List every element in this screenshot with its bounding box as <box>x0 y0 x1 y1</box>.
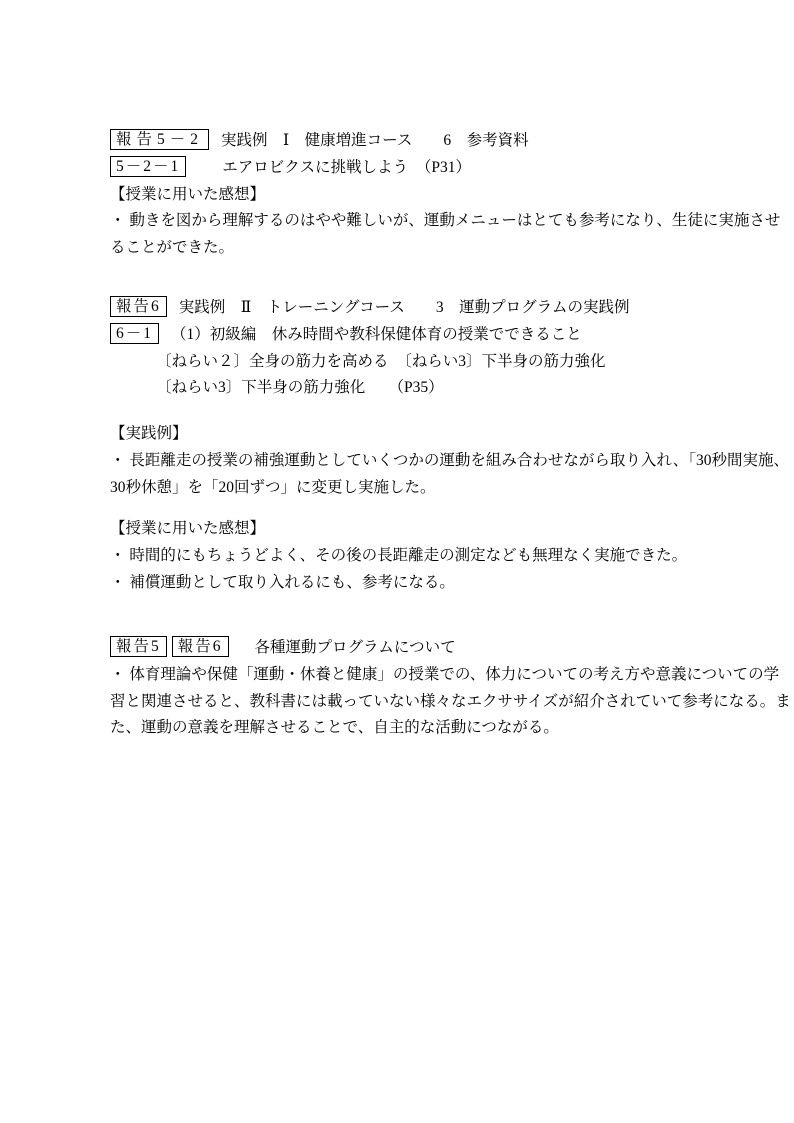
practice-text-line: 30秒休憩」を「20回ずつ」に変更し実施した。 <box>110 475 740 502</box>
report-6-label-box: 報告6 <box>110 296 167 317</box>
summary-text-line: た、運動の意義を理解させることで、自主的な活動につながる。 <box>110 715 740 742</box>
report-5-label-box: 報告5 <box>110 636 167 657</box>
report-5-2-label-box: 報告5－2 <box>110 129 209 150</box>
feedback-text-line: ることができた。 <box>110 235 740 262</box>
summary-heading-line: 報告5報告6各種運動プログラムについて <box>110 635 740 662</box>
report-6-label-box: 報告6 <box>172 636 229 657</box>
report-6-1-line: 6－1（1）初級編 休み時間や教科保健体育の授業でできること <box>110 322 740 349</box>
feedback-text-line: ・ 補償運動として取り入れるにも、参考になる。 <box>110 570 740 597</box>
summary-heading-text: 各種運動プログラムについて <box>255 639 456 656</box>
practice-example-heading: 【実践例】 <box>110 421 740 448</box>
section-practice-example: 【実践例】 ・ 長距離走の授業の補強運動としていくつかの運動を組み合わせながら取… <box>110 421 740 501</box>
report-5-2-1-title-text: エアロビクスに挑戦しよう （P31） <box>222 159 471 176</box>
report-5-2-heading-text: 実践例 Ⅰ 健康増進コース 6 参考資料 <box>221 132 529 149</box>
section-lesson-feedback: 【授業に用いた感想】 ・ 時間的にもちょうどよく、その後の長距離走の測定なども無… <box>110 516 740 596</box>
lesson-feedback-heading: 【授業に用いた感想】 <box>110 516 740 543</box>
aim-text-line: 〔ねらい3〕下半身の筋力強化 （P35） <box>156 375 740 402</box>
aim-text-line: 〔ねらい２〕全身の筋力を高める 〔ねらい3〕下半身の筋力強化 <box>156 349 740 376</box>
report-6-heading-line: 報告6実践例 Ⅱ トレーニングコース 3 運動プログラムの実践例 <box>110 295 740 322</box>
section-summary: 報告5報告6各種運動プログラムについて ・ 体育理論や保健「運動・休養と健康」の… <box>110 635 740 742</box>
report-5-2-1-label-box: 5－2－1 <box>110 156 186 177</box>
summary-text-line: ・ 体育理論や保健「運動・休養と健康」の授業での、体力についての考え方や意義につ… <box>110 662 740 689</box>
feedback-text-line: ・ 時間的にもちょうどよく、その後の長距離走の測定なども無理なく実施できた。 <box>110 543 740 570</box>
report-6-1-title-text: （1）初級編 休み時間や教科保健体育の授業でできること <box>171 326 582 343</box>
report-5-2-heading-line: 報告5－2実践例 Ⅰ 健康増進コース 6 参考資料 <box>110 128 740 155</box>
document-page: 報告5－2実践例 Ⅰ 健康増進コース 6 参考資料 5－2－1エアロビクスに挑戦… <box>0 0 794 1123</box>
report-6-1-label-box: 6－1 <box>110 323 159 344</box>
report-5-2-1-line: 5－2－1エアロビクスに挑戦しよう （P31） <box>110 155 740 182</box>
section-report-5-2: 報告5－2実践例 Ⅰ 健康増進コース 6 参考資料 5－2－1エアロビクスに挑戦… <box>110 128 740 262</box>
practice-text-line: ・ 長距離走の授業の補強運動としていくつかの運動を組み合わせながら取り入れ、「3… <box>110 448 740 475</box>
summary-text-line: 習と関連させると、教科書には載っていない様々なエクササイズが紹介されていて参考に… <box>110 689 740 716</box>
section-report-6: 報告6実践例 Ⅱ トレーニングコース 3 運動プログラムの実践例 6－1（1）初… <box>110 295 740 402</box>
feedback-text-line: ・ 動きを図から理解するのはやや難しいが、運動メニューはとても参考になり、生徒に… <box>110 208 740 235</box>
lesson-feedback-heading: 【授業に用いた感想】 <box>110 182 740 209</box>
report-6-heading-text: 実践例 Ⅱ トレーニングコース 3 運動プログラムの実践例 <box>179 299 630 316</box>
